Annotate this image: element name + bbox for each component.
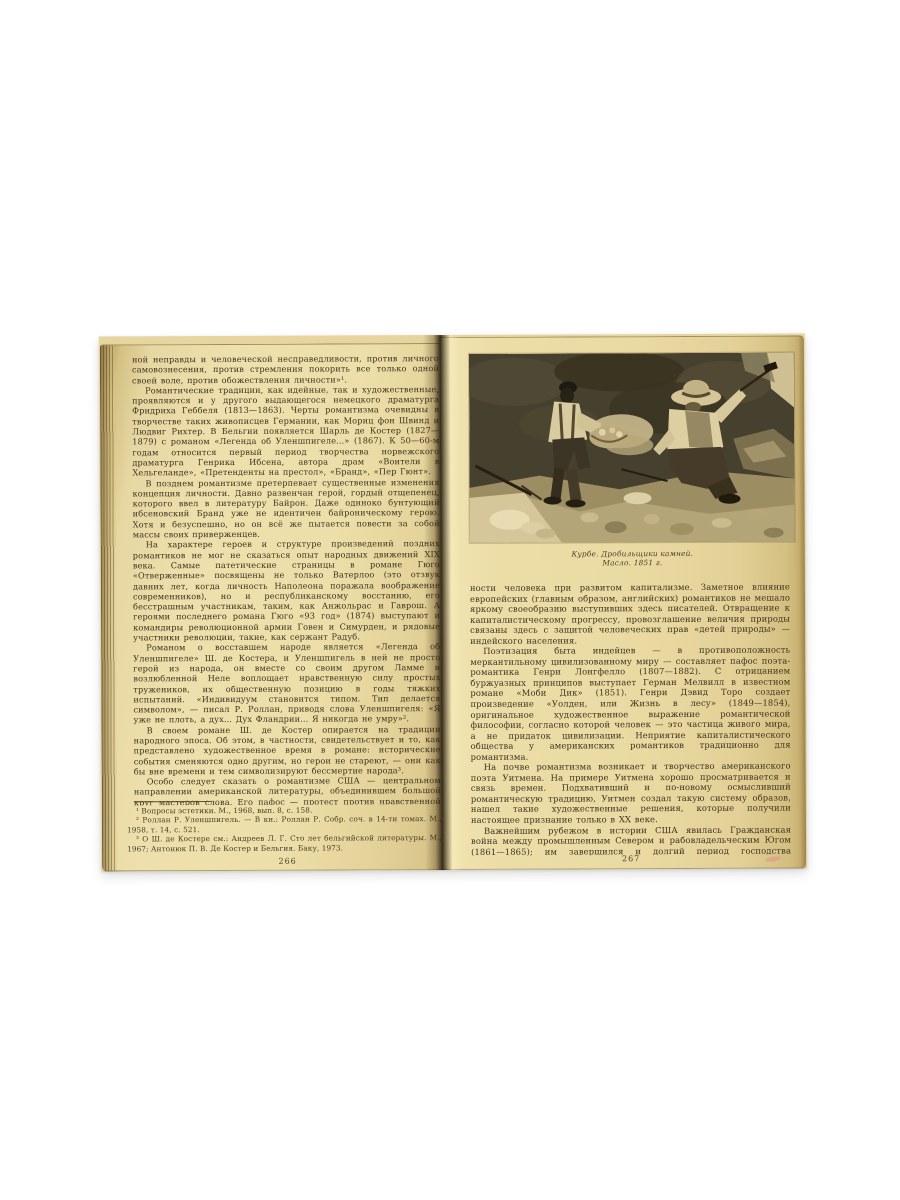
paragraph: Романтические традиции, как идейные, так… (132, 384, 439, 478)
paragraph: Романом о восставшем народе является «Ле… (133, 641, 440, 725)
paragraph: На почве романтизма возникает и творчест… (471, 761, 791, 826)
left-page: ной неправды и человеческой несправедлив… (100, 343, 442, 871)
paragraph: Важнейшим рубежом в истории США явилась … (471, 824, 791, 856)
page-number-left: 266 (134, 856, 441, 866)
paragraph: Поэтизация быта индейцев — в противополо… (470, 645, 791, 762)
paragraph: В своем романе Ш. де Костер опирается на… (134, 724, 441, 777)
left-page-text-column: ной неправды и человеческой несправедлив… (132, 353, 441, 805)
footnote: ³ О Ш. де Костере см.: Андреев Л. Г. Сто… (127, 833, 442, 853)
open-book-spread: ной неправды и человеческой несправедлив… (99, 333, 807, 871)
right-page: Курбе. Дробильщики камней. Масло. 1851 г… (440, 335, 806, 870)
illustration-caption: Курбе. Дробильщики камней. Масло. 1851 г… (470, 549, 795, 569)
paragraph: ной неправды и человеческой несправедлив… (132, 353, 439, 385)
stone-breakers-illustration (469, 353, 795, 543)
paragraph: На характере героев и структуре произвед… (133, 538, 440, 642)
footnotes-block: ¹ Вопросы эстетики. М., 1968, вып. 8, с.… (127, 805, 442, 856)
caption-line-2: Масло. 1851 г. (470, 558, 795, 569)
paragraph: В позднем романтизме претерпевает сущест… (132, 477, 439, 540)
page-number-right: 267 (471, 854, 791, 864)
footnote: ² Роллан Р. Уленшпигель. — В кн.: Роллан… (127, 814, 442, 834)
right-page-text-column: ности человека при развитом капитализме.… (470, 582, 791, 856)
halftone-painting-image (469, 353, 795, 543)
photo-background: ной неправды и человеческой несправедлив… (0, 0, 900, 1200)
paragraph: ности человека при развитом капитализме.… (470, 582, 790, 647)
